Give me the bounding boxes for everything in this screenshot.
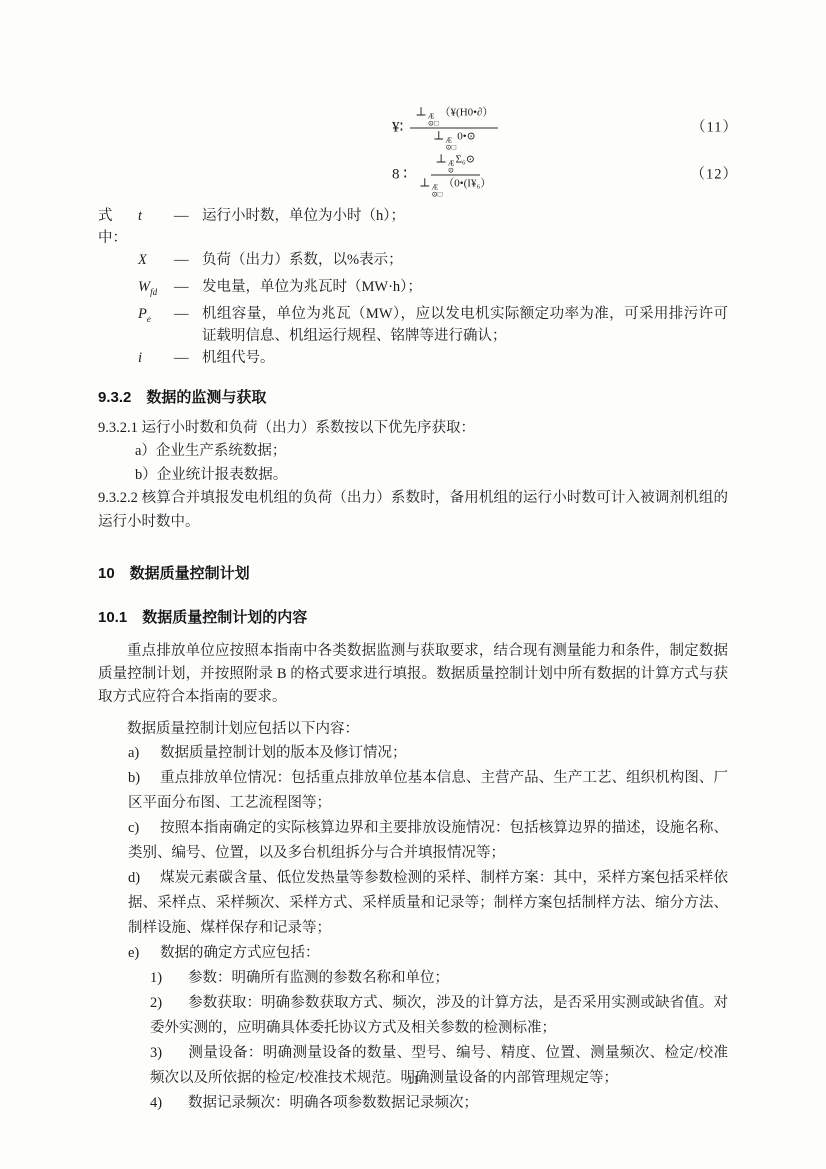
content-list: a)数据质量控制计划的版本及修订情况； b)重点排放单位情况：包括重点排放单位基… bbox=[98, 741, 728, 1116]
equation-12-lhs: 8 ∶ bbox=[392, 164, 407, 187]
symbol: Pe bbox=[138, 303, 174, 347]
list-item-text: 按照本指南确定的实际核算边界和主要排放设施情况：包括核算边界的描述，设施名称、类… bbox=[128, 820, 728, 861]
list-item-text: 数据质量控制计划的版本及修订情况； bbox=[160, 745, 407, 761]
numerator-operator: ⊥ bbox=[415, 105, 426, 119]
numerator-expression: （¥(H0•∂） bbox=[440, 107, 494, 119]
equation-11-body: ¥∶ ⊥Æ⊙□（¥(H0•∂） ⊥Æ⊙□0•⊙ bbox=[392, 106, 498, 151]
equation-11-lhs: ¥∶ bbox=[392, 117, 403, 140]
definition-text: 运行小时数，单位为小时（h）； bbox=[202, 205, 728, 249]
where-prefix: 式中： bbox=[98, 205, 138, 249]
clause-9-3-2-1-item-b: b）企业统计报表数据。 bbox=[135, 464, 728, 488]
numerator-expression: Σ₆⊙ bbox=[455, 154, 474, 166]
symbol: X bbox=[138, 249, 174, 276]
section-heading-10: 10 数据质量控制计划 bbox=[98, 563, 728, 584]
numerator-lower-limit: ⊙□ bbox=[428, 120, 439, 127]
where-prefix-empty bbox=[98, 303, 138, 347]
sublist-marker: 3) bbox=[150, 1041, 188, 1066]
symbol: t bbox=[138, 205, 174, 249]
equation-12-body: 8 ∶ ⊥Æ⊙Σ₆⊙ ⊥Æ⊙□（0•(I¥₆） bbox=[392, 153, 496, 198]
sublist-item-text: 参数获取：明确参数获取方式、频次，涉及的计算方法，是否采用实测或缺省值。对委外实… bbox=[150, 995, 728, 1036]
where-prefix-empty bbox=[98, 249, 138, 276]
denominator-expression: （0•(I¥₆） bbox=[443, 178, 491, 190]
symbol-definitions: 式中： t — 运行小时数，单位为小时（h）； X — 负荷（出力）系数，以%表… bbox=[98, 205, 728, 374]
definition-row: X — 负荷（出力）系数，以%表示； bbox=[98, 249, 728, 276]
where-prefix-empty bbox=[98, 347, 138, 374]
equation-11-denominator: ⊥Æ⊙□0•⊙ bbox=[428, 129, 481, 151]
equation-12-fraction: ⊥Æ⊙Σ₆⊙ ⊥Æ⊙□（0•(I¥₆） bbox=[414, 153, 496, 198]
equation-12-numerator: ⊥Æ⊙Σ₆⊙ bbox=[431, 153, 480, 176]
equation-11-number: （11） bbox=[691, 117, 738, 140]
page-number: 11 bbox=[0, 1068, 826, 1091]
sublist-marker: 4) bbox=[150, 1091, 188, 1116]
clause-9-3-2-2: 9.3.2.2 核算合并填报发电机组的负荷（出力）系数时，备用机组的运行小时数可… bbox=[98, 487, 728, 534]
equation-12-denominator: ⊥Æ⊙□（0•(I¥₆） bbox=[414, 176, 496, 198]
definition-text: 负荷（出力）系数，以%表示； bbox=[202, 249, 728, 276]
denominator-operator: ⊥ bbox=[433, 129, 444, 143]
section-heading-10-1: 10.1 数据质量控制计划的内容 bbox=[98, 607, 728, 628]
symbol: i bbox=[138, 347, 174, 374]
list-item-text: 重点排放单位情况：包括重点排放单位基本信息、主营产品、生产工艺、组织机构图、厂区… bbox=[128, 770, 728, 811]
list-marker: c) bbox=[128, 816, 160, 841]
clause-9-3-2-1-item-a: a）企业生产系统数据； bbox=[135, 440, 728, 464]
denominator-lower-limit: ⊙□ bbox=[445, 144, 456, 151]
sublist-item-text: 数据记录频次：明确各项参数数据记录频次； bbox=[188, 1095, 478, 1111]
denominator-expression: 0•⊙ bbox=[457, 131, 476, 143]
equation-11-numerator: ⊥Æ⊙□（¥(H0•∂） bbox=[410, 106, 498, 129]
denominator-lower-limit: ⊙□ bbox=[431, 191, 442, 198]
definition-dash: — bbox=[174, 347, 202, 374]
definition-text: 机组容量，单位为兆瓦（MW），应以发电机实际额定功率为准，可采用排污许可证载明信… bbox=[202, 303, 728, 347]
equation-11-fraction: ⊥Æ⊙□（¥(H0•∂） ⊥Æ⊙□0•⊙ bbox=[410, 106, 498, 151]
sublist-item-2: 2)参数获取：明确参数获取方式、频次，涉及的计算方法，是否采用实测或缺省值。对委… bbox=[150, 991, 728, 1041]
paragraph-10-1-intro: 重点排放单位应按照本指南中各类数据监测与获取要求，结合现有测量能力和条件，制定数… bbox=[98, 640, 728, 709]
sublist-item-text: 参数：明确所有监测的参数名称和单位； bbox=[188, 970, 449, 986]
definition-row: Pe — 机组容量，单位为兆瓦（MW），应以发电机实际额定功率为准，可采用排污许… bbox=[98, 303, 728, 347]
definition-dash: — bbox=[174, 205, 202, 249]
numerator-operator: ⊥ bbox=[436, 152, 447, 166]
list-item-c: c)按照本指南确定的实际核算边界和主要排放设施情况：包括核算边界的描述，设施名称… bbox=[128, 816, 728, 866]
definition-dash: — bbox=[174, 303, 202, 347]
numerator-limits: Æ⊙□ bbox=[428, 113, 439, 127]
definition-text: 发电量，单位为兆瓦时（MW·h）； bbox=[202, 276, 728, 303]
definition-row: Wfd — 发电量，单位为兆瓦时（MW·h）； bbox=[98, 276, 728, 303]
list-item-a: a)数据质量控制计划的版本及修订情况； bbox=[128, 741, 728, 766]
list-item-b: b)重点排放单位情况：包括重点排放单位基本信息、主营产品、生产工艺、组织机构图、… bbox=[128, 766, 728, 816]
document-page: ¥∶ ⊥Æ⊙□（¥(H0•∂） ⊥Æ⊙□0•⊙ （11） 8 ∶ ⊥Æ⊙Σ₆⊙ … bbox=[0, 0, 826, 1169]
sublist-marker: 2) bbox=[150, 991, 188, 1016]
list-item-text: 数据的确定方式应包括： bbox=[160, 945, 320, 961]
denominator-limits: Æ⊙□ bbox=[445, 137, 456, 151]
clause-9-3-2-1: 9.3.2.1 运行小时数和负荷（出力）系数按以下优先序获取： bbox=[98, 417, 728, 441]
denominator-limits: Æ⊙□ bbox=[431, 184, 442, 198]
list-marker: b) bbox=[128, 766, 160, 791]
section-heading-9-3-2: 9.3.2 数据的监测与获取 bbox=[98, 387, 728, 408]
sublist-item-4: 4)数据记录频次：明确各项参数数据记录频次； bbox=[150, 1091, 728, 1116]
list-marker: e) bbox=[128, 941, 160, 966]
symbol: Wfd bbox=[138, 276, 174, 303]
list-item-e: e)数据的确定方式应包括： bbox=[128, 941, 728, 966]
definition-dash: — bbox=[174, 276, 202, 303]
equation-11: ¥∶ ⊥Æ⊙□（¥(H0•∂） ⊥Æ⊙□0•⊙ （11） bbox=[98, 104, 728, 152]
definition-row: i — 机组代号。 bbox=[98, 347, 728, 374]
definition-dash: — bbox=[174, 249, 202, 276]
numerator-limits: Æ⊙ bbox=[448, 160, 455, 174]
denominator-operator: ⊥ bbox=[419, 176, 430, 190]
equation-12: 8 ∶ ⊥Æ⊙Σ₆⊙ ⊥Æ⊙□（0•(I¥₆） （12） bbox=[98, 152, 728, 198]
list-item-text: 煤炭元素碳含量、低位发热量等参数检测的采样、制样方案：其中，采样方案包括采样依据… bbox=[128, 870, 728, 936]
list-marker: a) bbox=[128, 741, 160, 766]
definition-row: 式中： t — 运行小时数，单位为小时（h）； bbox=[98, 205, 728, 249]
equation-12-number: （12） bbox=[691, 164, 739, 187]
numerator-lower-limit: ⊙ bbox=[448, 167, 454, 174]
sublist-marker: 1) bbox=[150, 966, 188, 991]
where-prefix-empty bbox=[98, 276, 138, 303]
list-item-d: d)煤炭元素碳含量、低位发热量等参数检测的采样、制样方案：其中，采样方案包括采样… bbox=[128, 866, 728, 941]
list-marker: d) bbox=[128, 866, 160, 891]
paragraph-10-1-lead-in: 数据质量控制计划应包括以下内容： bbox=[98, 718, 728, 741]
definition-text: 机组代号。 bbox=[202, 347, 728, 374]
sublist-item-1: 1)参数：明确所有监测的参数名称和单位； bbox=[150, 966, 728, 991]
